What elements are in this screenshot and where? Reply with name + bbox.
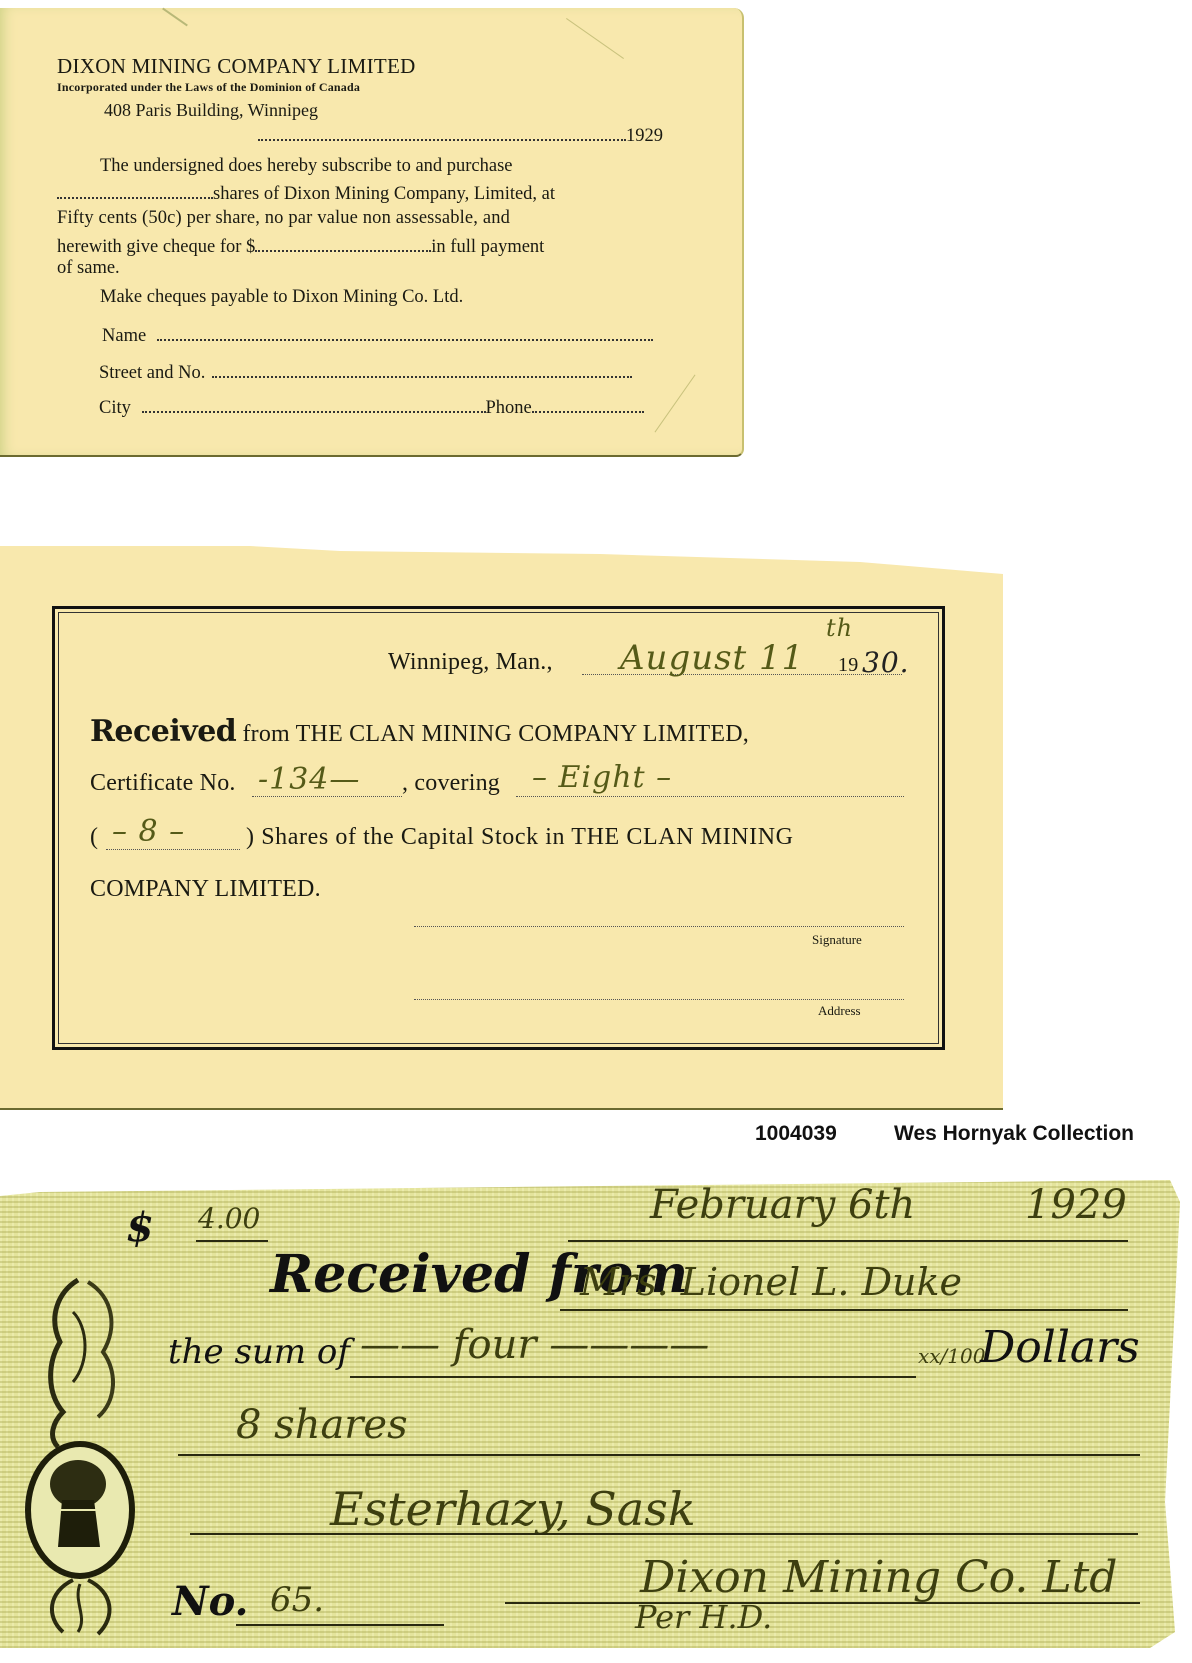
city-label: City [99,398,131,418]
received-line: Received from THE CLAN MINING COMPANY LI… [90,714,749,749]
received-blackletter: Received [90,714,236,749]
address-line[interactable] [414,999,904,1000]
payer-handwritten: Mrs. Lionel L. Duke [580,1260,962,1304]
street-field[interactable]: Street and No. [99,363,632,384]
date-field[interactable]: 1929 [258,126,663,147]
phone-label: Phone [486,398,532,418]
memo-line-2[interactable] [190,1533,1138,1535]
certificate-number-handwritten: -134— [258,762,360,797]
street-label: Street and No. [99,363,205,383]
wheat-sheaf-ornament-icon [18,1272,148,1642]
sum-label-script: the sum of [168,1332,350,1372]
covering-line[interactable] [516,796,904,797]
date-year: 1929 [626,126,663,146]
name-input[interactable] [157,327,653,341]
dollars-script: Dollars [980,1322,1140,1373]
signature-line[interactable] [505,1602,1140,1604]
share-receipt-card: Winnipeg, Man., August 11 th 19 30. Rece… [0,546,1004,1110]
cheque-amount: 4.00 [198,1202,260,1235]
shares-quantity-field[interactable] [57,185,213,199]
company-address: 408 Paris Building, Winnipeg [104,100,318,121]
receipt-year-prefix: 19 [838,654,858,677]
city-input[interactable] [142,399,486,413]
paper-crease [162,8,188,27]
memo-shares: 8 shares [236,1402,408,1448]
company-line: COMPANY LIMITED. [90,876,321,903]
cheque-date-handwritten: February 6th [650,1182,915,1228]
shares-open-paren: ( [90,824,98,851]
address-label: Address [818,1003,861,1019]
collection-name: Wes Hornyak Collection [894,1122,1134,1146]
covering-label: , covering [402,770,500,797]
signature-per: Per H.D. [635,1598,772,1636]
shares-count-line[interactable] [106,849,240,850]
certificate-label: Certificate No. [90,770,236,797]
receipt-date-suffix: th [826,614,853,642]
subscription-card: DIXON MINING COMPANY LIMITED Incorporate… [0,8,744,457]
receipt-place: Winnipeg, Man., [388,649,553,676]
amount-line[interactable] [196,1240,268,1242]
dollar-sign-icon: $ [126,1204,154,1251]
sum-handwritten: —— four ———— [360,1322,709,1368]
shares-text: ) Shares of the Capital Stock in THE CLA… [246,824,794,851]
body-line-1: The undersigned does hereby subscribe to… [100,156,513,177]
memo-location: Esterhazy, Sask [330,1482,696,1536]
cents-fraction: xx/100 [918,1344,985,1368]
sum-line[interactable] [350,1376,916,1378]
date-line[interactable] [568,1240,1128,1242]
cheque-amount-field[interactable] [255,238,431,252]
name-label: Name [102,326,146,346]
shares-count-handwritten: – 8 – [112,814,185,849]
payable-note: Make cheques payable to Dixon Mining Co.… [100,287,463,308]
receipt-year-handwritten: 30. [862,646,910,679]
number-line[interactable] [236,1624,444,1626]
payer-line[interactable] [560,1309,1128,1311]
name-field[interactable]: Name [102,326,653,347]
signature-line[interactable] [414,926,904,927]
street-input[interactable] [212,364,632,378]
body-line-2: shares of Dixon Mining Company, Limited,… [57,184,555,205]
city-phone-field[interactable]: City Phone [99,398,644,419]
body-line-4: herewith give cheque for $in full paymen… [57,237,544,258]
number-label: No. [172,1578,248,1625]
payment-receipt-cheque: $ 4.00 February 6th 1929 Received from M… [0,1172,1180,1648]
incorporation-note: Incorporated under the Laws of the Domin… [57,80,360,95]
company-name: DIXON MINING COMPANY LIMITED [57,54,416,79]
signature-handwritten: Dixon Mining Co. Ltd [640,1552,1117,1603]
memo-line-1[interactable] [178,1454,1140,1456]
cheque-year-handwritten: 1929 [1025,1182,1127,1228]
body-line-5: of same. [57,258,120,279]
phone-input[interactable] [532,399,644,413]
cheque-number: 65. [270,1580,324,1620]
paper-crease [655,375,696,433]
paper-crease [566,18,624,59]
signature-label: Signature [812,932,862,948]
covering-handwritten: – Eight – [532,760,672,795]
receipt-date-handwritten: August 11 [620,638,804,678]
body-line-3: Fifty cents (50c) per share, no par valu… [57,208,510,229]
collection-id: 1004039 [755,1122,837,1146]
